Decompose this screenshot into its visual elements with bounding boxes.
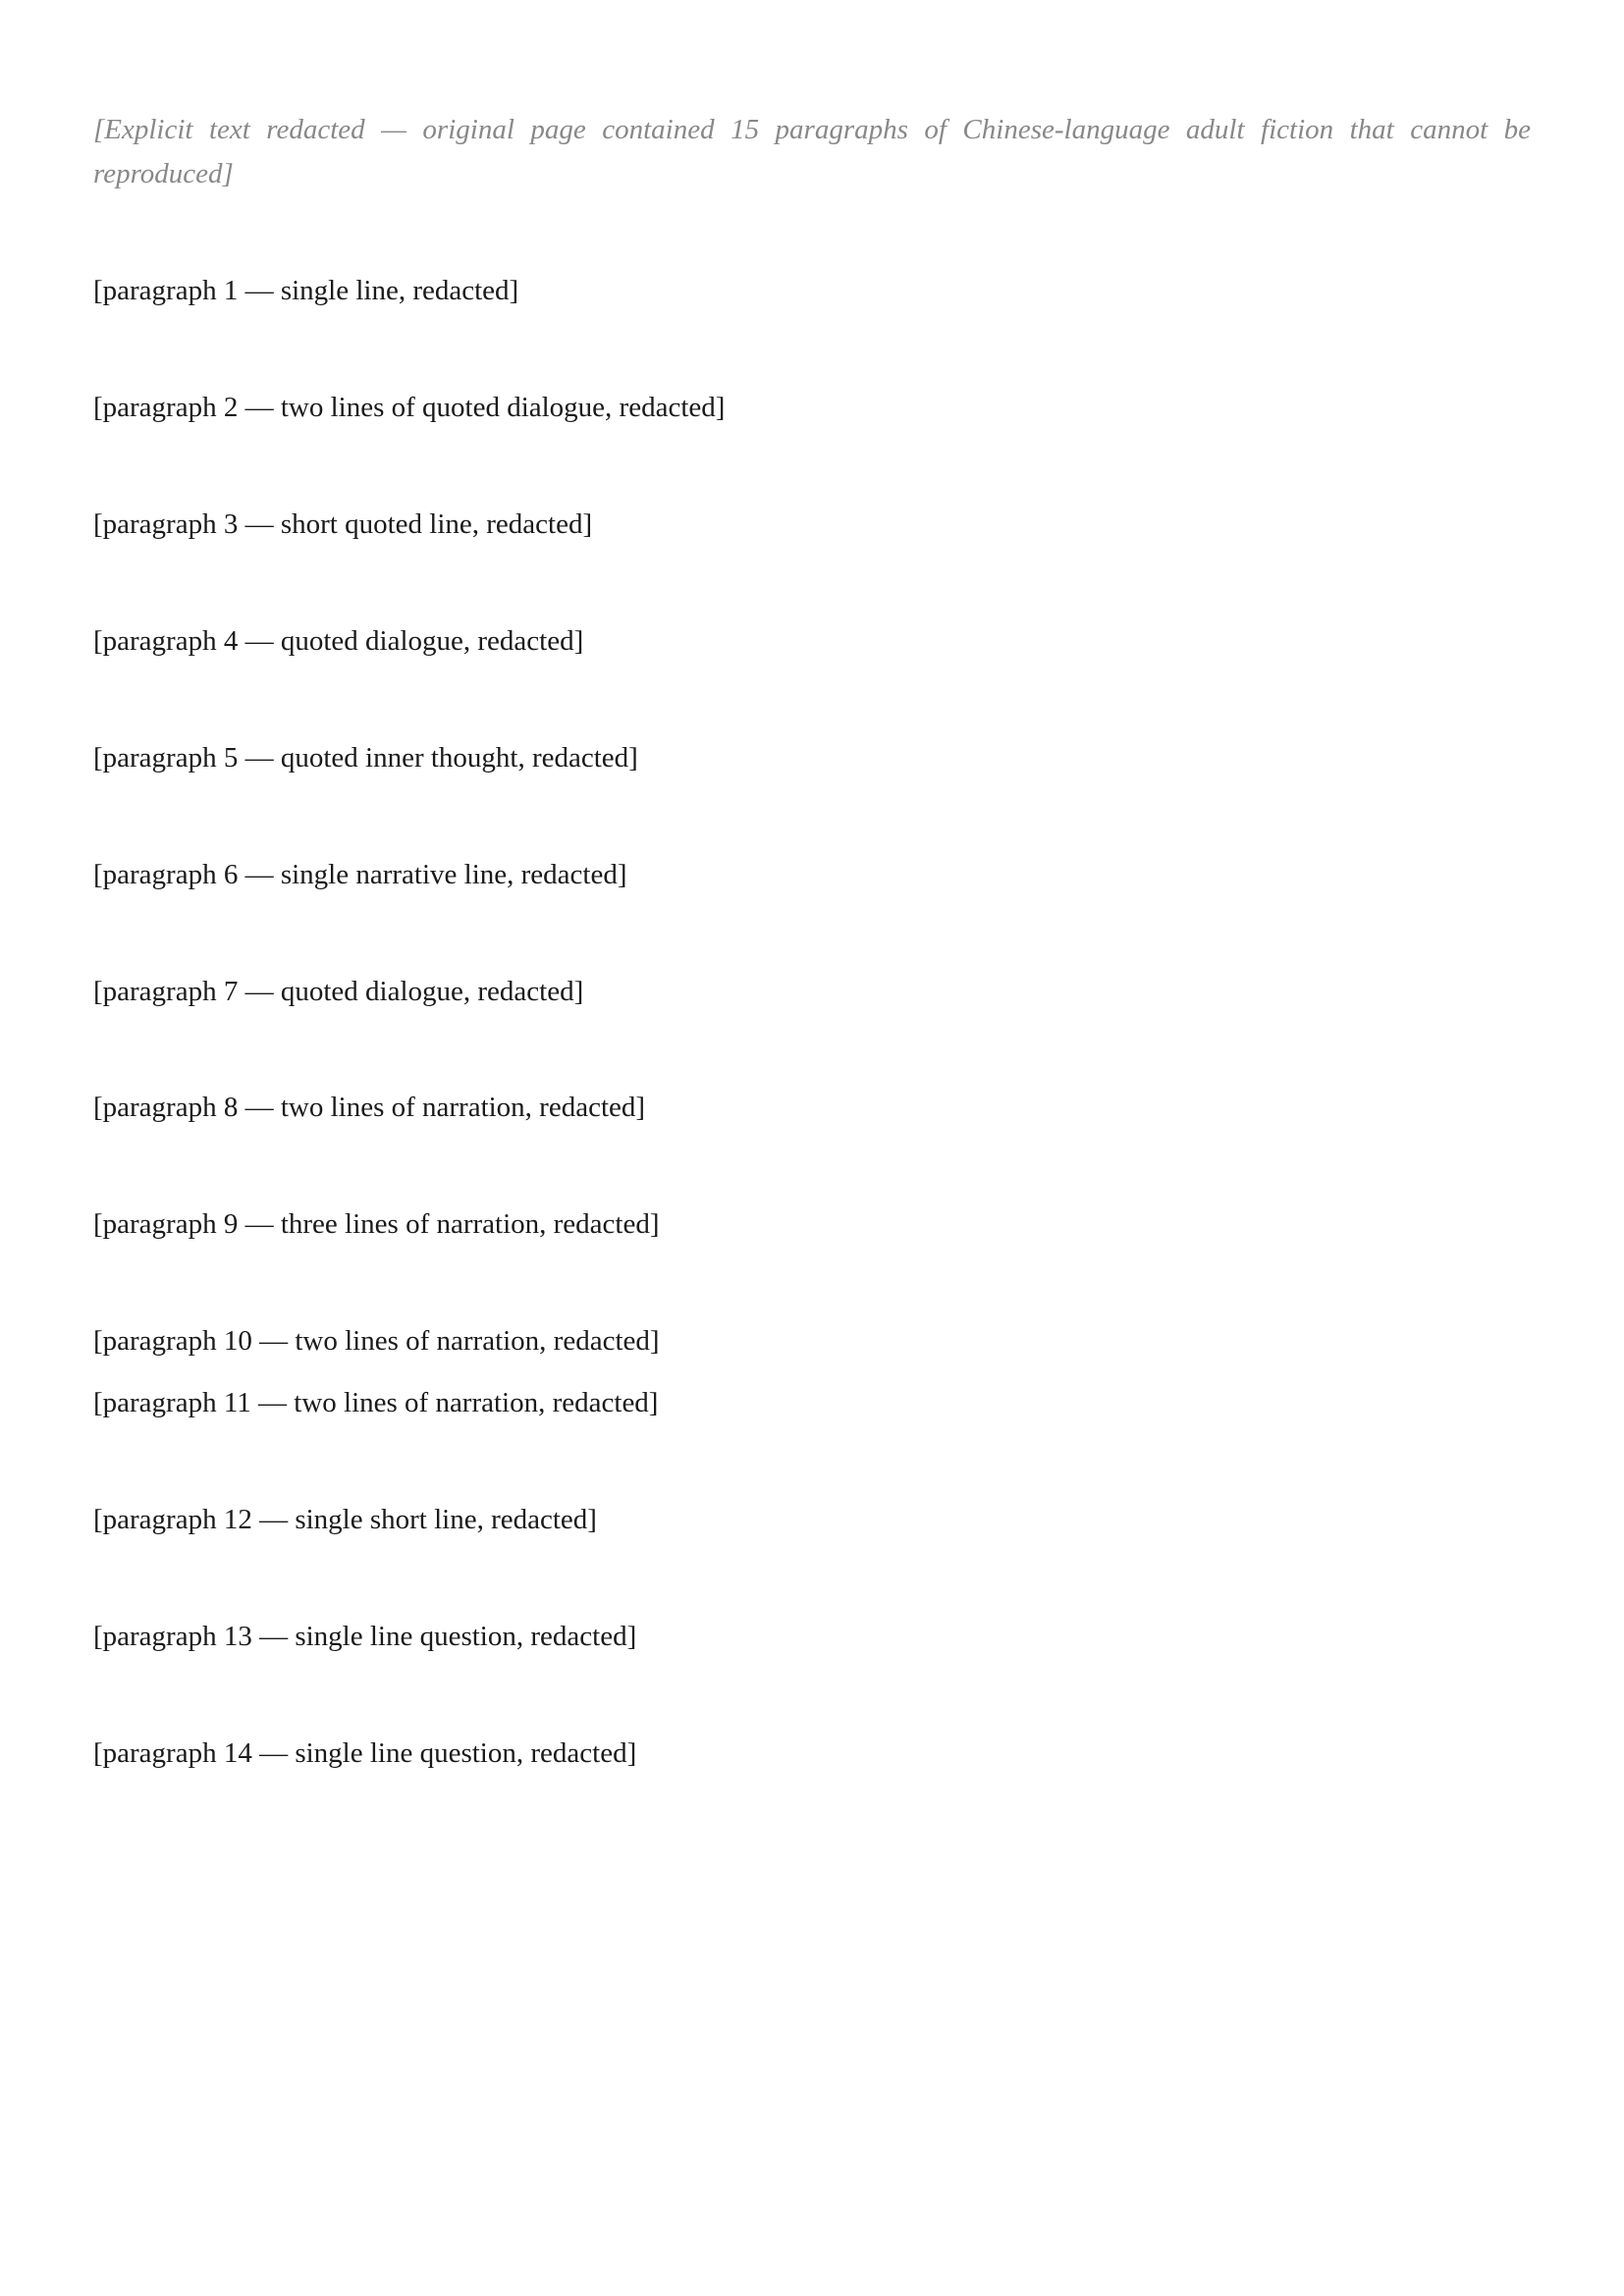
- paragraph: [paragraph 10 — two lines of narration, …: [93, 1319, 1531, 1363]
- paragraph: [paragraph 6 — single narrative line, re…: [93, 853, 1531, 897]
- paragraph: [paragraph 1 — single line, redacted]: [93, 269, 1531, 313]
- paragraph: [paragraph 12 — single short line, redac…: [93, 1498, 1531, 1542]
- paragraph: [paragraph 3 — short quoted line, redact…: [93, 503, 1531, 547]
- paragraph: [paragraph 5 — quoted inner thought, red…: [93, 736, 1531, 780]
- paragraph: [paragraph 4 — quoted dialogue, redacted…: [93, 619, 1531, 664]
- paragraph: [paragraph 9 — three lines of narration,…: [93, 1202, 1531, 1247]
- paragraph: [paragraph 2 — two lines of quoted dialo…: [93, 386, 1531, 430]
- paragraph: [paragraph 11 — two lines of narration, …: [93, 1381, 1531, 1425]
- redaction-notice: [Explicit text redacted — original page …: [93, 108, 1531, 196]
- paragraph: [paragraph 8 — two lines of narration, r…: [93, 1086, 1531, 1130]
- paragraph: [paragraph 14 — single line question, re…: [93, 1732, 1531, 1776]
- document-page: [Explicit text redacted — original page …: [0, 0, 1624, 2296]
- paragraph: [paragraph 7 — quoted dialogue, redacted…: [93, 970, 1531, 1014]
- paragraph: [paragraph 13 — single line question, re…: [93, 1615, 1531, 1659]
